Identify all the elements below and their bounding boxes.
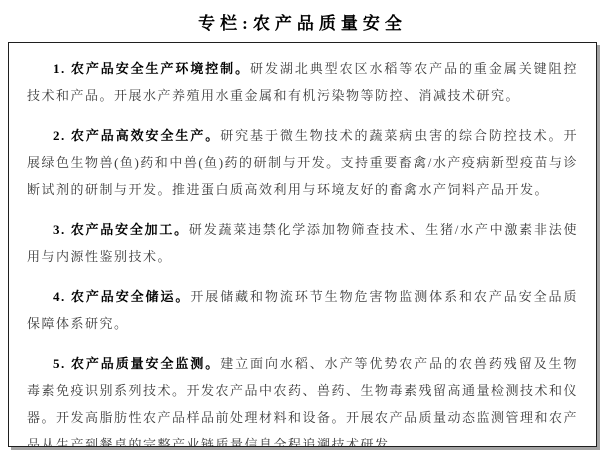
document-page: 专栏:农产品质量安全 1. 农产品安全生产环境控制。研发湖北典型农区水稻等农产品… [0, 0, 605, 461]
item-4-heading: 4. 农产品安全储运。 [53, 289, 190, 304]
item-1-heading: 1. 农产品安全生产环境控制。 [53, 61, 250, 76]
list-item-4: 4. 农产品安全储运。开展储藏和物流环节生物危害物监测体系和农产品安全品质保障体… [27, 283, 578, 337]
item-2-heading: 2. 农产品高效安全生产。 [53, 128, 220, 143]
item-3-heading: 3. 农产品安全加工。 [53, 222, 189, 237]
column-box: 1. 农产品安全生产环境控制。研发湖北典型农区水稻等农产品的重金属关键阻控技术和… [8, 42, 597, 447]
list-item-1: 1. 农产品安全生产环境控制。研发湖北典型农区水稻等农产品的重金属关键阻控技术和… [27, 55, 578, 109]
list-item-2: 2. 农产品高效安全生产。研究基于微生物技术的蔬菜病虫害的综合防控技术。开展绿色… [27, 122, 578, 203]
item-5-heading: 5. 农产品质量安全监测。 [53, 356, 220, 371]
list-item-5: 5. 农产品质量安全监测。建立面向水稻、水产等优势农产品的农兽药残留及生物毒素免… [27, 350, 578, 447]
page-title: 专栏:农产品质量安全 [0, 0, 605, 40]
list-item-3: 3. 农产品安全加工。研发蔬菜违禁化学添加物筛查技术、生猪/水产中激素非法使用与… [27, 216, 578, 270]
